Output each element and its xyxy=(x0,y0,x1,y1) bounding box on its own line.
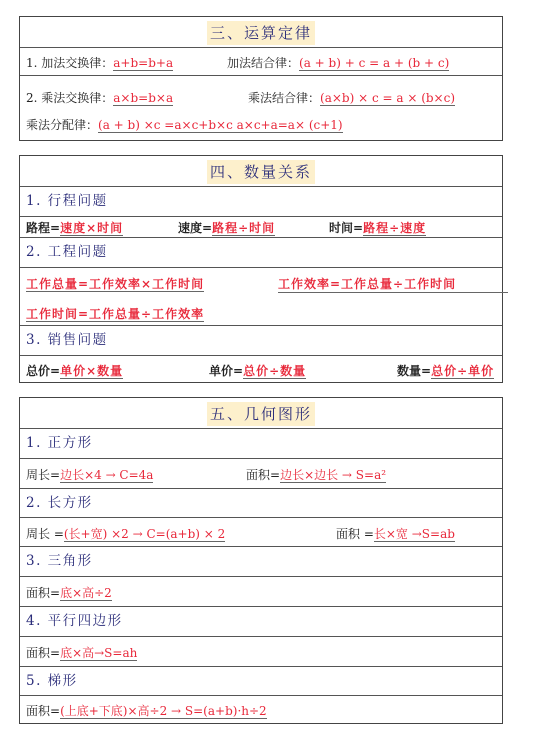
label: 加法结合律： xyxy=(227,56,299,70)
formula: 总价÷数量 xyxy=(243,364,306,379)
label: 数量= xyxy=(397,364,431,378)
formula: 速度×时间 xyxy=(60,221,123,236)
section-title-row: 五、几何图形 xyxy=(20,398,502,428)
formula: 底×高→S=ah xyxy=(60,646,137,661)
subsection-heading: 5. 梯形 xyxy=(20,666,502,695)
formula: a+b=b+a xyxy=(113,56,173,71)
formula: 边长×边长 → S=a² xyxy=(280,468,386,483)
square-formulas-row: 周长=边长×4 → C=4a 面积=边长×边长 → S=a² xyxy=(20,458,502,488)
label: 乘法分配律： xyxy=(26,118,98,132)
work-formulas-row: 工作总量=工作效率×工作时间 工作效率=工作总量÷工作时间 工作时间=工作总量÷… xyxy=(20,267,502,325)
label: 单价= xyxy=(209,364,243,378)
label: 速度= xyxy=(178,221,212,235)
formula: (上底+下底)×高÷2 → S=(a+b)·h÷2 xyxy=(60,704,267,719)
label: 面积= xyxy=(26,704,60,718)
rectangle-formulas-row: 周长 =(长+宽) ×2 → C=(a+b) × 2 面积 =长×宽 →S=ab xyxy=(20,517,502,546)
section-quantity-relations: 四、数量关系 1. 行程问题 路程=速度×时间 速度=路程÷时间 时间=路程÷速… xyxy=(19,155,503,383)
subsection-heading: 2. 工程问题 xyxy=(20,237,502,267)
formula: 长×宽 →S=ab xyxy=(374,527,455,542)
formula: a×b=b×a xyxy=(113,91,173,106)
label: 路程= xyxy=(26,221,60,235)
sales-formulas-row: 总价=单价×数量 单价=总价÷数量 数量=总价÷单价 xyxy=(20,355,502,383)
label: 面积= xyxy=(246,468,280,482)
trapezoid-formulas-row: 面积=(上底+下底)×高÷2 → S=(a+b)·h÷2 xyxy=(20,695,502,723)
label: 周长= xyxy=(26,468,60,482)
formula: 底×高÷2 xyxy=(60,586,112,601)
triangle-formulas-row: 面积=底×高÷2 xyxy=(20,576,502,606)
label: 总价= xyxy=(26,364,60,378)
label: 时间= xyxy=(329,221,363,235)
label: 面积 = xyxy=(336,527,374,541)
section-title: 四、数量关系 xyxy=(207,160,315,184)
section-title-row: 四、数量关系 xyxy=(20,156,502,186)
label: 面积= xyxy=(26,586,60,600)
section-title: 五、几何图形 xyxy=(207,402,315,426)
formula: 总价÷单价 xyxy=(431,364,494,379)
subsection-heading: 2. 长方形 xyxy=(20,488,502,517)
formula: 边长×4 → C=4a xyxy=(60,468,153,483)
subsection-heading: 1. 正方形 xyxy=(20,428,502,458)
travel-formulas-row: 路程=速度×时间 速度=路程÷时间 时间=路程÷速度 xyxy=(20,216,502,237)
formula: (a + b) + c = a + (b + c) xyxy=(299,56,449,71)
label: 2. 乘法交换律： xyxy=(26,91,113,105)
formula: 路程÷速度 xyxy=(363,221,426,236)
formula: 工作效率=工作总量÷工作时间 xyxy=(278,277,456,291)
formula: (a + b) ×c =a×c+b×c a×c+a=a× (c+1) xyxy=(98,118,343,133)
section-geometry: 五、几何图形 1. 正方形 周长=边长×4 → C=4a 面积=边长×边长 → … xyxy=(19,397,503,724)
label: 面积= xyxy=(26,646,60,660)
formula: 工作总量=工作效率×工作时间 xyxy=(26,277,204,292)
subsection-heading: 3. 三角形 xyxy=(20,546,502,576)
formula: 工作时间=工作总量÷工作效率 xyxy=(26,307,204,322)
addition-laws-row: 1. 加法交换律：a+b=b+a 加法结合律：(a + b) + c = a +… xyxy=(20,47,502,75)
section-operation-laws: 三、运算定律 1. 加法交换律：a+b=b+a 加法结合律：(a + b) + … xyxy=(19,16,503,141)
formula: (长+宽) ×2 → C=(a+b) × 2 xyxy=(64,527,225,542)
multiplication-laws-row: 2. 乘法交换律：a×b=b×a 乘法结合律：(a×b) × c = a × (… xyxy=(20,75,502,140)
formula: 单价×数量 xyxy=(60,364,123,379)
formula: (a×b) × c = a × (b×c) xyxy=(320,91,455,106)
label: 周长 = xyxy=(26,527,64,541)
subsection-heading: 3. 销售问题 xyxy=(20,325,502,355)
label: 乘法结合律： xyxy=(248,91,320,105)
section-title-row: 三、运算定律 xyxy=(20,17,502,47)
section-title: 三、运算定律 xyxy=(207,21,315,45)
subsection-heading: 1. 行程问题 xyxy=(20,186,502,216)
formula: 路程÷时间 xyxy=(212,221,275,236)
subsection-heading: 4. 平行四边形 xyxy=(20,606,502,636)
parallelogram-formulas-row: 面积=底×高→S=ah xyxy=(20,636,502,666)
label: 1. 加法交换律： xyxy=(26,56,113,70)
